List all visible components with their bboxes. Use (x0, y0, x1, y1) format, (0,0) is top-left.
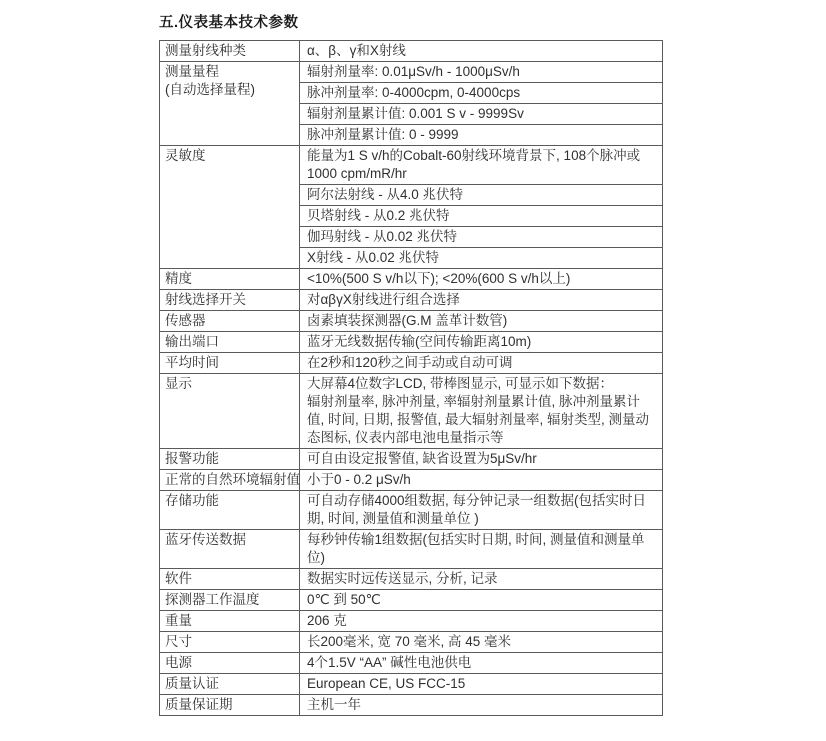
spec-value-text: α、β、γ和X射线 (307, 42, 655, 60)
spec-value-text: X射线 - 从0.02 兆伏特 (307, 249, 655, 267)
spec-value: 4个1.5V “AA” 碱性电池供电 (300, 653, 663, 674)
table-row: 软件数据实时远传送显示, 分析, 记录 (160, 569, 663, 590)
spec-value-text: 辐射剂量累计值: 0.001 S v - 9999Sv (307, 105, 655, 123)
table-row: 探测器工作温度0℃ 到 50℃ (160, 590, 663, 611)
spec-value: 脉冲剂量率: 0-4000cpm, 0-4000cps (300, 83, 663, 104)
table-row: 显示大屏幕4位数字LCD, 带棒图显示, 可显示如下数据：辐射剂量率, 脉冲剂量… (160, 374, 663, 449)
spec-value: 能量为1 S v/h的Cobalt-60射线环境背景下, 108个脉冲或1000… (300, 146, 663, 185)
spec-value: 每秒钟传输1组数据(包括实时日期, 时间, 测量值和测量单位) (300, 530, 663, 569)
spec-value: 对αβγX射线进行组合选择 (300, 290, 663, 311)
spec-value-text: 小于0 - 0.2 μSv/h (307, 471, 655, 489)
spec-value: 贝塔射线 - 从0.2 兆伏特 (300, 206, 663, 227)
spec-value-text: 脉冲剂量率: 0-4000cpm, 0-4000cps (307, 84, 655, 102)
specs-table-body: 测量射线种类α、β、γ和X射线测量量程(自动选择量程)辐射剂量率: 0.01μS… (160, 41, 663, 716)
spec-label-line: 软件 (165, 570, 299, 588)
document-page: 五.仪表基本技术参数 测量射线种类α、β、γ和X射线测量量程(自动选择量程)辐射… (159, 11, 664, 716)
spec-value-text: 主机一年 (307, 696, 655, 714)
spec-label-line: 质量认证 (165, 675, 299, 693)
spec-label-line: (自动选择量程) (165, 81, 299, 99)
spec-label: 尺寸 (160, 632, 300, 653)
spec-value-text: 0℃ 到 50℃ (307, 591, 655, 609)
spec-label-line: 重量 (165, 612, 299, 630)
spec-value: 脉冲剂量累计值: 0 - 9999 (300, 125, 663, 146)
spec-value: 小于0 - 0.2 μSv/h (300, 470, 663, 491)
spec-label: 输出端口 (160, 332, 300, 353)
table-row: 质量保证期主机一年 (160, 695, 663, 716)
spec-value: 数据实时远传送显示, 分析, 记录 (300, 569, 663, 590)
spec-label: 存储功能 (160, 491, 300, 530)
spec-label-line: 电源 (165, 654, 299, 672)
spec-value-text: 大屏幕4位数字LCD, 带棒图显示, 可显示如下数据： (307, 375, 655, 393)
spec-value: 206 克 (300, 611, 663, 632)
spec-label-line: 灵敏度 (165, 147, 299, 165)
spec-value-text: 贝塔射线 - 从0.2 兆伏特 (307, 207, 655, 225)
spec-value: 辐射剂量累计值: 0.001 S v - 9999Sv (300, 104, 663, 125)
spec-label-line: 存储功能 (165, 492, 299, 510)
spec-label: 精度 (160, 269, 300, 290)
table-row: 测量射线种类α、β、γ和X射线 (160, 41, 663, 62)
spec-value-text: 4个1.5V “AA” 碱性电池供电 (307, 654, 655, 672)
spec-value: 辐射剂量率: 0.01μSv/h - 1000μSv/h (300, 62, 663, 83)
spec-label-line: 尺寸 (165, 633, 299, 651)
spec-label-line: 蓝牙传送数据 (165, 531, 299, 549)
spec-label: 质量认证 (160, 674, 300, 695)
spec-label: 重量 (160, 611, 300, 632)
spec-label-line: 探测器工作温度 (165, 591, 299, 609)
table-row: 传感器卤素填装探测器(G.M 盖革计数管) (160, 311, 663, 332)
spec-value: 0℃ 到 50℃ (300, 590, 663, 611)
table-row: 电源4个1.5V “AA” 碱性电池供电 (160, 653, 663, 674)
spec-value: 长200毫米, 宽 70 毫米, 高 45 毫米 (300, 632, 663, 653)
spec-label: 正常的自然环境辐射值 (160, 470, 300, 491)
spec-label: 传感器 (160, 311, 300, 332)
spec-label-line: 测量射线种类 (165, 42, 299, 60)
table-row: 重量206 克 (160, 611, 663, 632)
spec-label: 电源 (160, 653, 300, 674)
spec-value: 主机一年 (300, 695, 663, 716)
table-row: 存储功能可自动存储4000组数据, 每分钟记录一组数据(包括实时日期, 时间, … (160, 491, 663, 530)
spec-value-text: 辐射剂量率, 脉冲剂量, 率辐射剂量累计值, 脉冲剂量累计值, 时间, 日期, … (307, 393, 655, 447)
table-row: 尺寸长200毫米, 宽 70 毫米, 高 45 毫米 (160, 632, 663, 653)
spec-label: 测量射线种类 (160, 41, 300, 62)
spec-label-line: 射线选择开关 (165, 291, 299, 309)
spec-value: 卤素填装探测器(G.M 盖革计数管) (300, 311, 663, 332)
spec-value-text: 能量为1 S v/h的Cobalt-60射线环境背景下, 108个脉冲或1000… (307, 147, 655, 183)
spec-label-line: 显示 (165, 375, 299, 393)
spec-label: 平均时间 (160, 353, 300, 374)
table-row: 质量认证European CE, US FCC-15 (160, 674, 663, 695)
spec-value: <10%(500 S v/h以下); <20%(600 S v/h以上) (300, 269, 663, 290)
spec-value-text: 数据实时远传送显示, 分析, 记录 (307, 570, 655, 588)
specs-table: 测量射线种类α、β、γ和X射线测量量程(自动选择量程)辐射剂量率: 0.01μS… (159, 40, 663, 716)
spec-value: X射线 - 从0.02 兆伏特 (300, 248, 663, 269)
spec-value: European CE, US FCC-15 (300, 674, 663, 695)
spec-value-text: 在2秒和120秒之间手动或自动可调 (307, 354, 655, 372)
table-row: 报警功能可自由设定报警值, 缺省设置为5μSv/hr (160, 449, 663, 470)
spec-label: 探测器工作温度 (160, 590, 300, 611)
spec-value: 可自动存储4000组数据, 每分钟记录一组数据(包括实时日期, 时间, 测量值和… (300, 491, 663, 530)
spec-value-text: 每秒钟传输1组数据(包括实时日期, 时间, 测量值和测量单位) (307, 531, 655, 567)
table-row: 灵敏度能量为1 S v/h的Cobalt-60射线环境背景下, 108个脉冲或1… (160, 146, 663, 185)
spec-label: 测量量程(自动选择量程) (160, 62, 300, 146)
table-row: 射线选择开关对αβγX射线进行组合选择 (160, 290, 663, 311)
spec-value: 大屏幕4位数字LCD, 带棒图显示, 可显示如下数据：辐射剂量率, 脉冲剂量, … (300, 374, 663, 449)
spec-value-text: 长200毫米, 宽 70 毫米, 高 45 毫米 (307, 633, 655, 651)
spec-value: 可自由设定报警值, 缺省设置为5μSv/hr (300, 449, 663, 470)
table-row: 正常的自然环境辐射值小于0 - 0.2 μSv/h (160, 470, 663, 491)
spec-value: 在2秒和120秒之间手动或自动可调 (300, 353, 663, 374)
spec-value-text: 阿尔法射线 - 从4.0 兆伏特 (307, 186, 655, 204)
spec-label: 软件 (160, 569, 300, 590)
table-row: 精度<10%(500 S v/h以下); <20%(600 S v/h以上) (160, 269, 663, 290)
spec-label-line: 质量保证期 (165, 696, 299, 714)
spec-value-text: 206 克 (307, 612, 655, 630)
spec-value-text: 蓝牙无线数据传输(空间传输距离10m) (307, 333, 655, 351)
spec-value-text: 对αβγX射线进行组合选择 (307, 291, 655, 309)
spec-value: 伽玛射线 - 从0.02 兆伏特 (300, 227, 663, 248)
spec-label-line: 报警功能 (165, 450, 299, 468)
spec-label-line: 输出端口 (165, 333, 299, 351)
spec-value-text: <10%(500 S v/h以下); <20%(600 S v/h以上) (307, 270, 655, 288)
spec-label-line: 精度 (165, 270, 299, 288)
spec-value-text: 卤素填装探测器(G.M 盖革计数管) (307, 312, 655, 330)
spec-value-text: 脉冲剂量累计值: 0 - 9999 (307, 126, 655, 144)
spec-label: 灵敏度 (160, 146, 300, 269)
table-row: 测量量程(自动选择量程)辐射剂量率: 0.01μSv/h - 1000μSv/h (160, 62, 663, 83)
spec-value-text: 可自动存储4000组数据, 每分钟记录一组数据(包括实时日期, 时间, 测量值和… (307, 492, 655, 528)
spec-value: α、β、γ和X射线 (300, 41, 663, 62)
spec-value-text: 伽玛射线 - 从0.02 兆伏特 (307, 228, 655, 246)
spec-label-line: 测量量程 (165, 63, 299, 81)
spec-label-line: 正常的自然环境辐射值 (165, 471, 299, 489)
spec-label: 质量保证期 (160, 695, 300, 716)
spec-value-text: 可自由设定报警值, 缺省设置为5μSv/hr (307, 450, 655, 468)
spec-label: 射线选择开关 (160, 290, 300, 311)
page-title: 五.仪表基本技术参数 (159, 11, 664, 32)
spec-value-text: 辐射剂量率: 0.01μSv/h - 1000μSv/h (307, 63, 655, 81)
table-row: 输出端口蓝牙无线数据传输(空间传输距离10m) (160, 332, 663, 353)
spec-value-text: European CE, US FCC-15 (307, 675, 655, 693)
table-row: 平均时间在2秒和120秒之间手动或自动可调 (160, 353, 663, 374)
spec-value: 阿尔法射线 - 从4.0 兆伏特 (300, 185, 663, 206)
spec-label: 蓝牙传送数据 (160, 530, 300, 569)
table-row: 蓝牙传送数据每秒钟传输1组数据(包括实时日期, 时间, 测量值和测量单位) (160, 530, 663, 569)
spec-label-line: 传感器 (165, 312, 299, 330)
spec-label: 显示 (160, 374, 300, 449)
spec-label: 报警功能 (160, 449, 300, 470)
spec-label-line: 平均时间 (165, 354, 299, 372)
spec-value: 蓝牙无线数据传输(空间传输距离10m) (300, 332, 663, 353)
